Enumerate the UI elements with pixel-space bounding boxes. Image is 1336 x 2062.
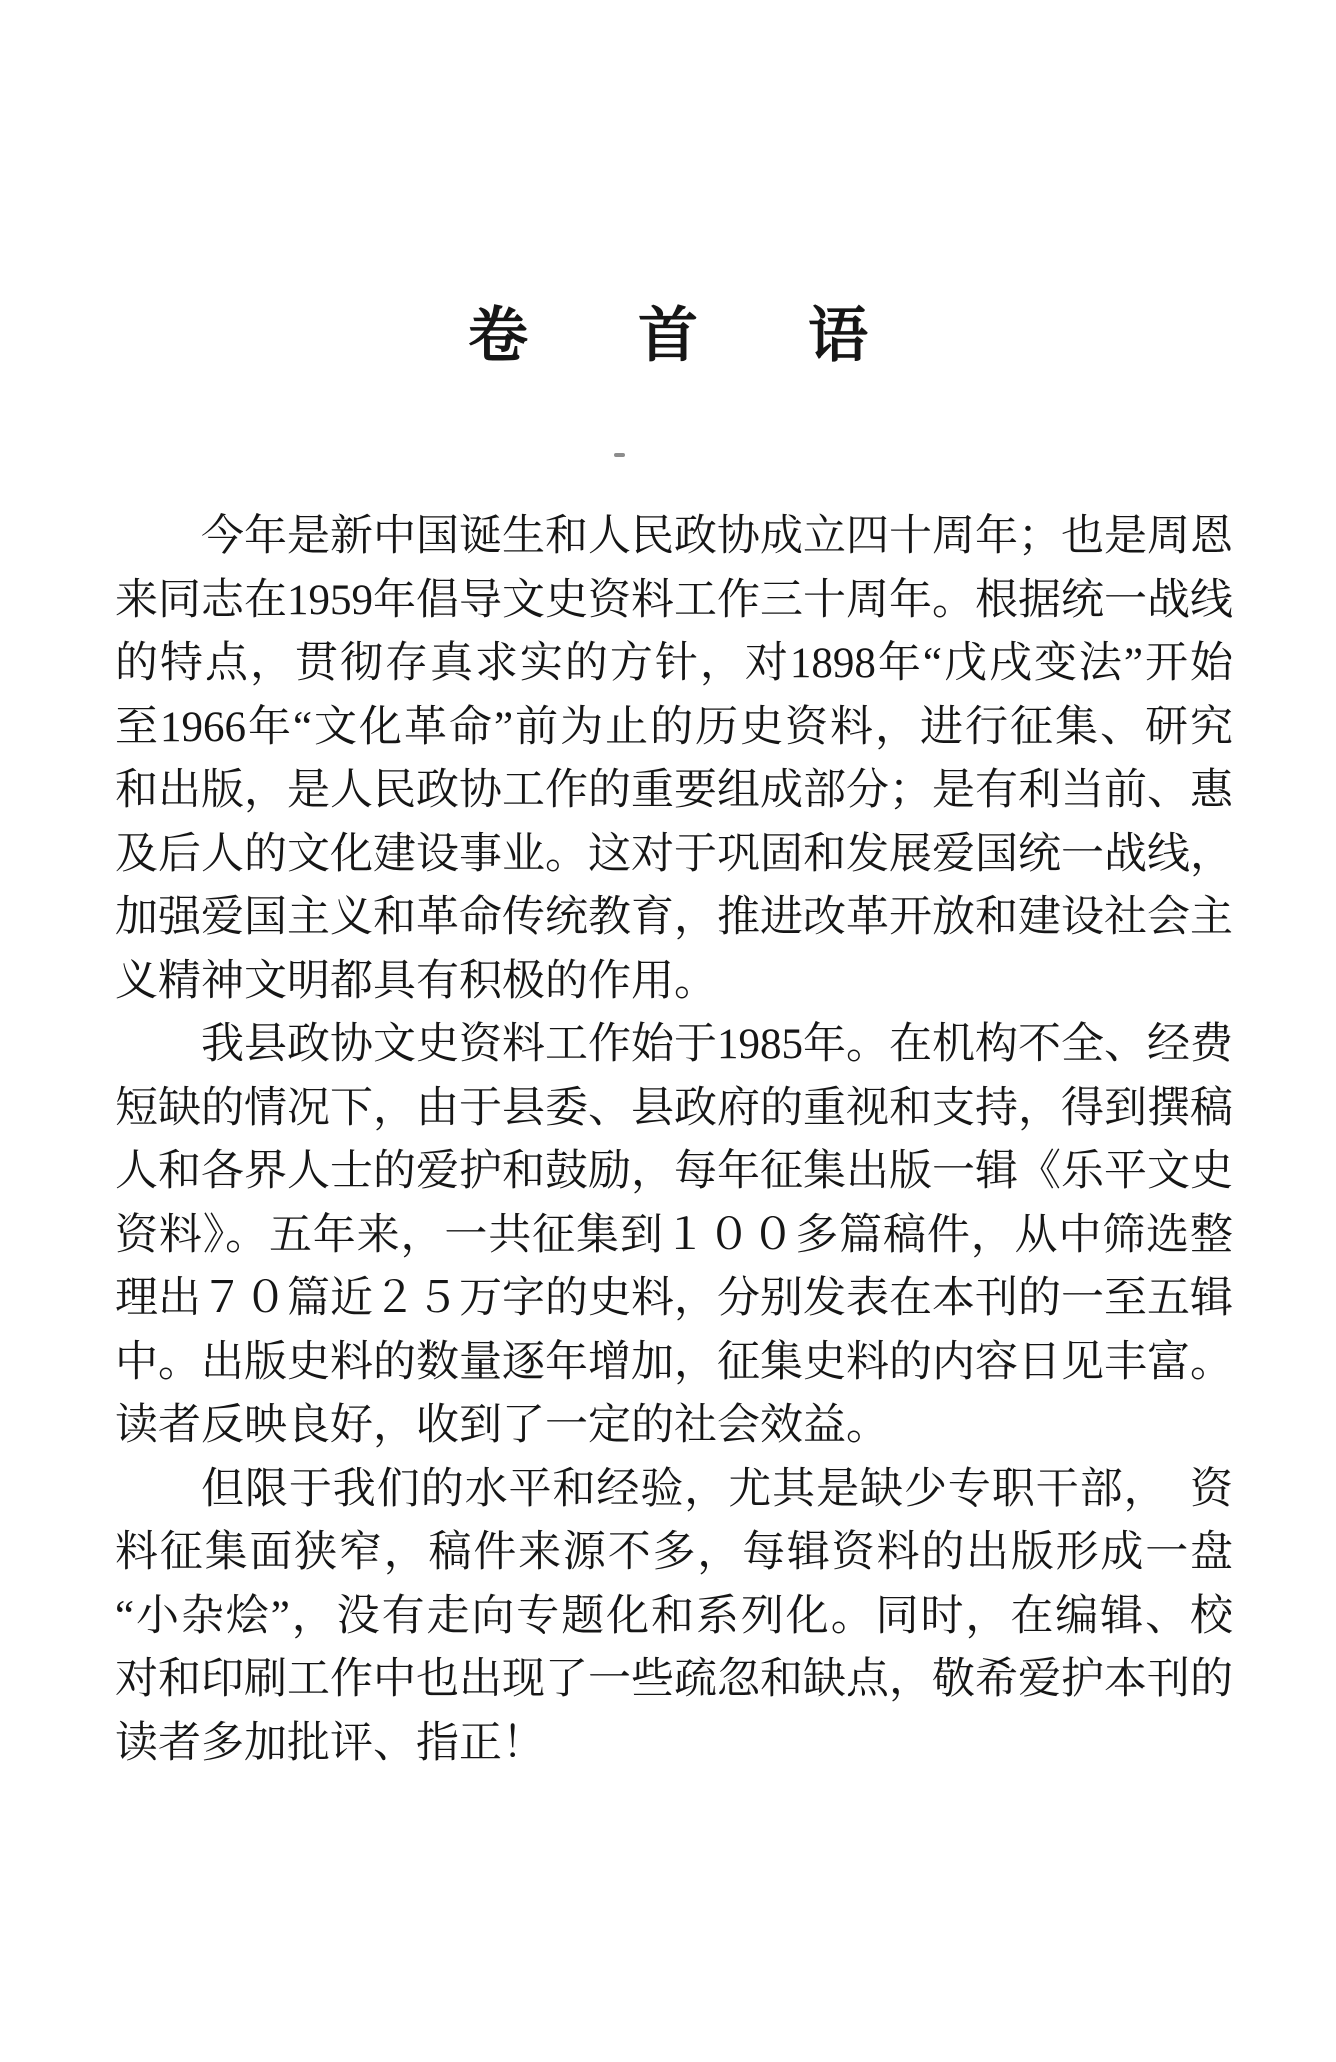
text-line: 理出７０篇近２５万字的史料，分别发表在本刊的一至五辑: [115, 1267, 1233, 1331]
text-line: 中。出版史料的数量逐年增加，征集史料的内容日见丰富。: [115, 1331, 1233, 1395]
text-line: 至1966年“文化革命”前为止的历史资料，进行征集、研究: [115, 696, 1233, 760]
text-line: 的特点，贯彻存真求实的方针，对1898年“戊戌变法”开始: [115, 632, 1233, 696]
text-line: 人和各界人士的爱护和鼓励，每年征集出版一辑《乐平文史: [115, 1140, 1233, 1204]
text-line: 读者反映良好，收到了一定的社会效益。: [115, 1394, 1233, 1458]
text-line: 我县政协文史资料工作始于1985年。在机构不全、经费: [115, 1013, 1233, 1077]
body-text: 今年是新中国诞生和人民政协成立四十周年；也是周恩 来同志在1959年倡导文史资料…: [115, 505, 1233, 1775]
page-title-row: 卷首语: [0, 288, 1336, 374]
text-line: 短缺的情况下，由于县委、县政府的重视和支持，得到撰稿: [115, 1077, 1233, 1141]
text-line: 资料》。五年来，一共征集到１００多篇稿件，从中筛选整: [115, 1204, 1233, 1268]
text-line: 加强爱国主义和革命传统教育，推进改革开放和建设社会主: [115, 886, 1233, 950]
scanned-book-page: 卷首语 今年是新中国诞生和人民政协成立四十周年；也是周恩 来同志在1959年倡导…: [0, 0, 1336, 2062]
text-line: 来同志在1959年倡导文史资料工作三十周年。根据统一战线: [115, 569, 1233, 633]
text-line: 及后人的文化建设事业。这对于巩固和发展爱国统一战线，: [115, 823, 1233, 887]
text-line: 和出版，是人民政协工作的重要组成部分；是有利当前、惠: [115, 759, 1233, 823]
text-line: “小杂烩”，没有走向专题化和系列化。同时，在编辑、校: [115, 1585, 1233, 1649]
text-line: 但限于我们的水平和经验，尤其是缺少专职干部， 资: [115, 1458, 1233, 1522]
scan-speck-artifact: [614, 453, 625, 457]
text-line: 对和印刷工作中也出现了一些疏忽和缺点，敬希爱护本刊的: [115, 1648, 1233, 1712]
page-title: 卷首语: [468, 288, 978, 374]
text-line: 今年是新中国诞生和人民政协成立四十周年；也是周恩: [115, 505, 1233, 569]
text-line: 读者多加批评、指正！: [115, 1712, 1233, 1776]
text-line: 料征集面狭窄，稿件来源不多，每辑资料的出版形成一盘: [115, 1521, 1233, 1585]
text-line: 义精神文明都具有积极的作用。: [115, 950, 1233, 1014]
